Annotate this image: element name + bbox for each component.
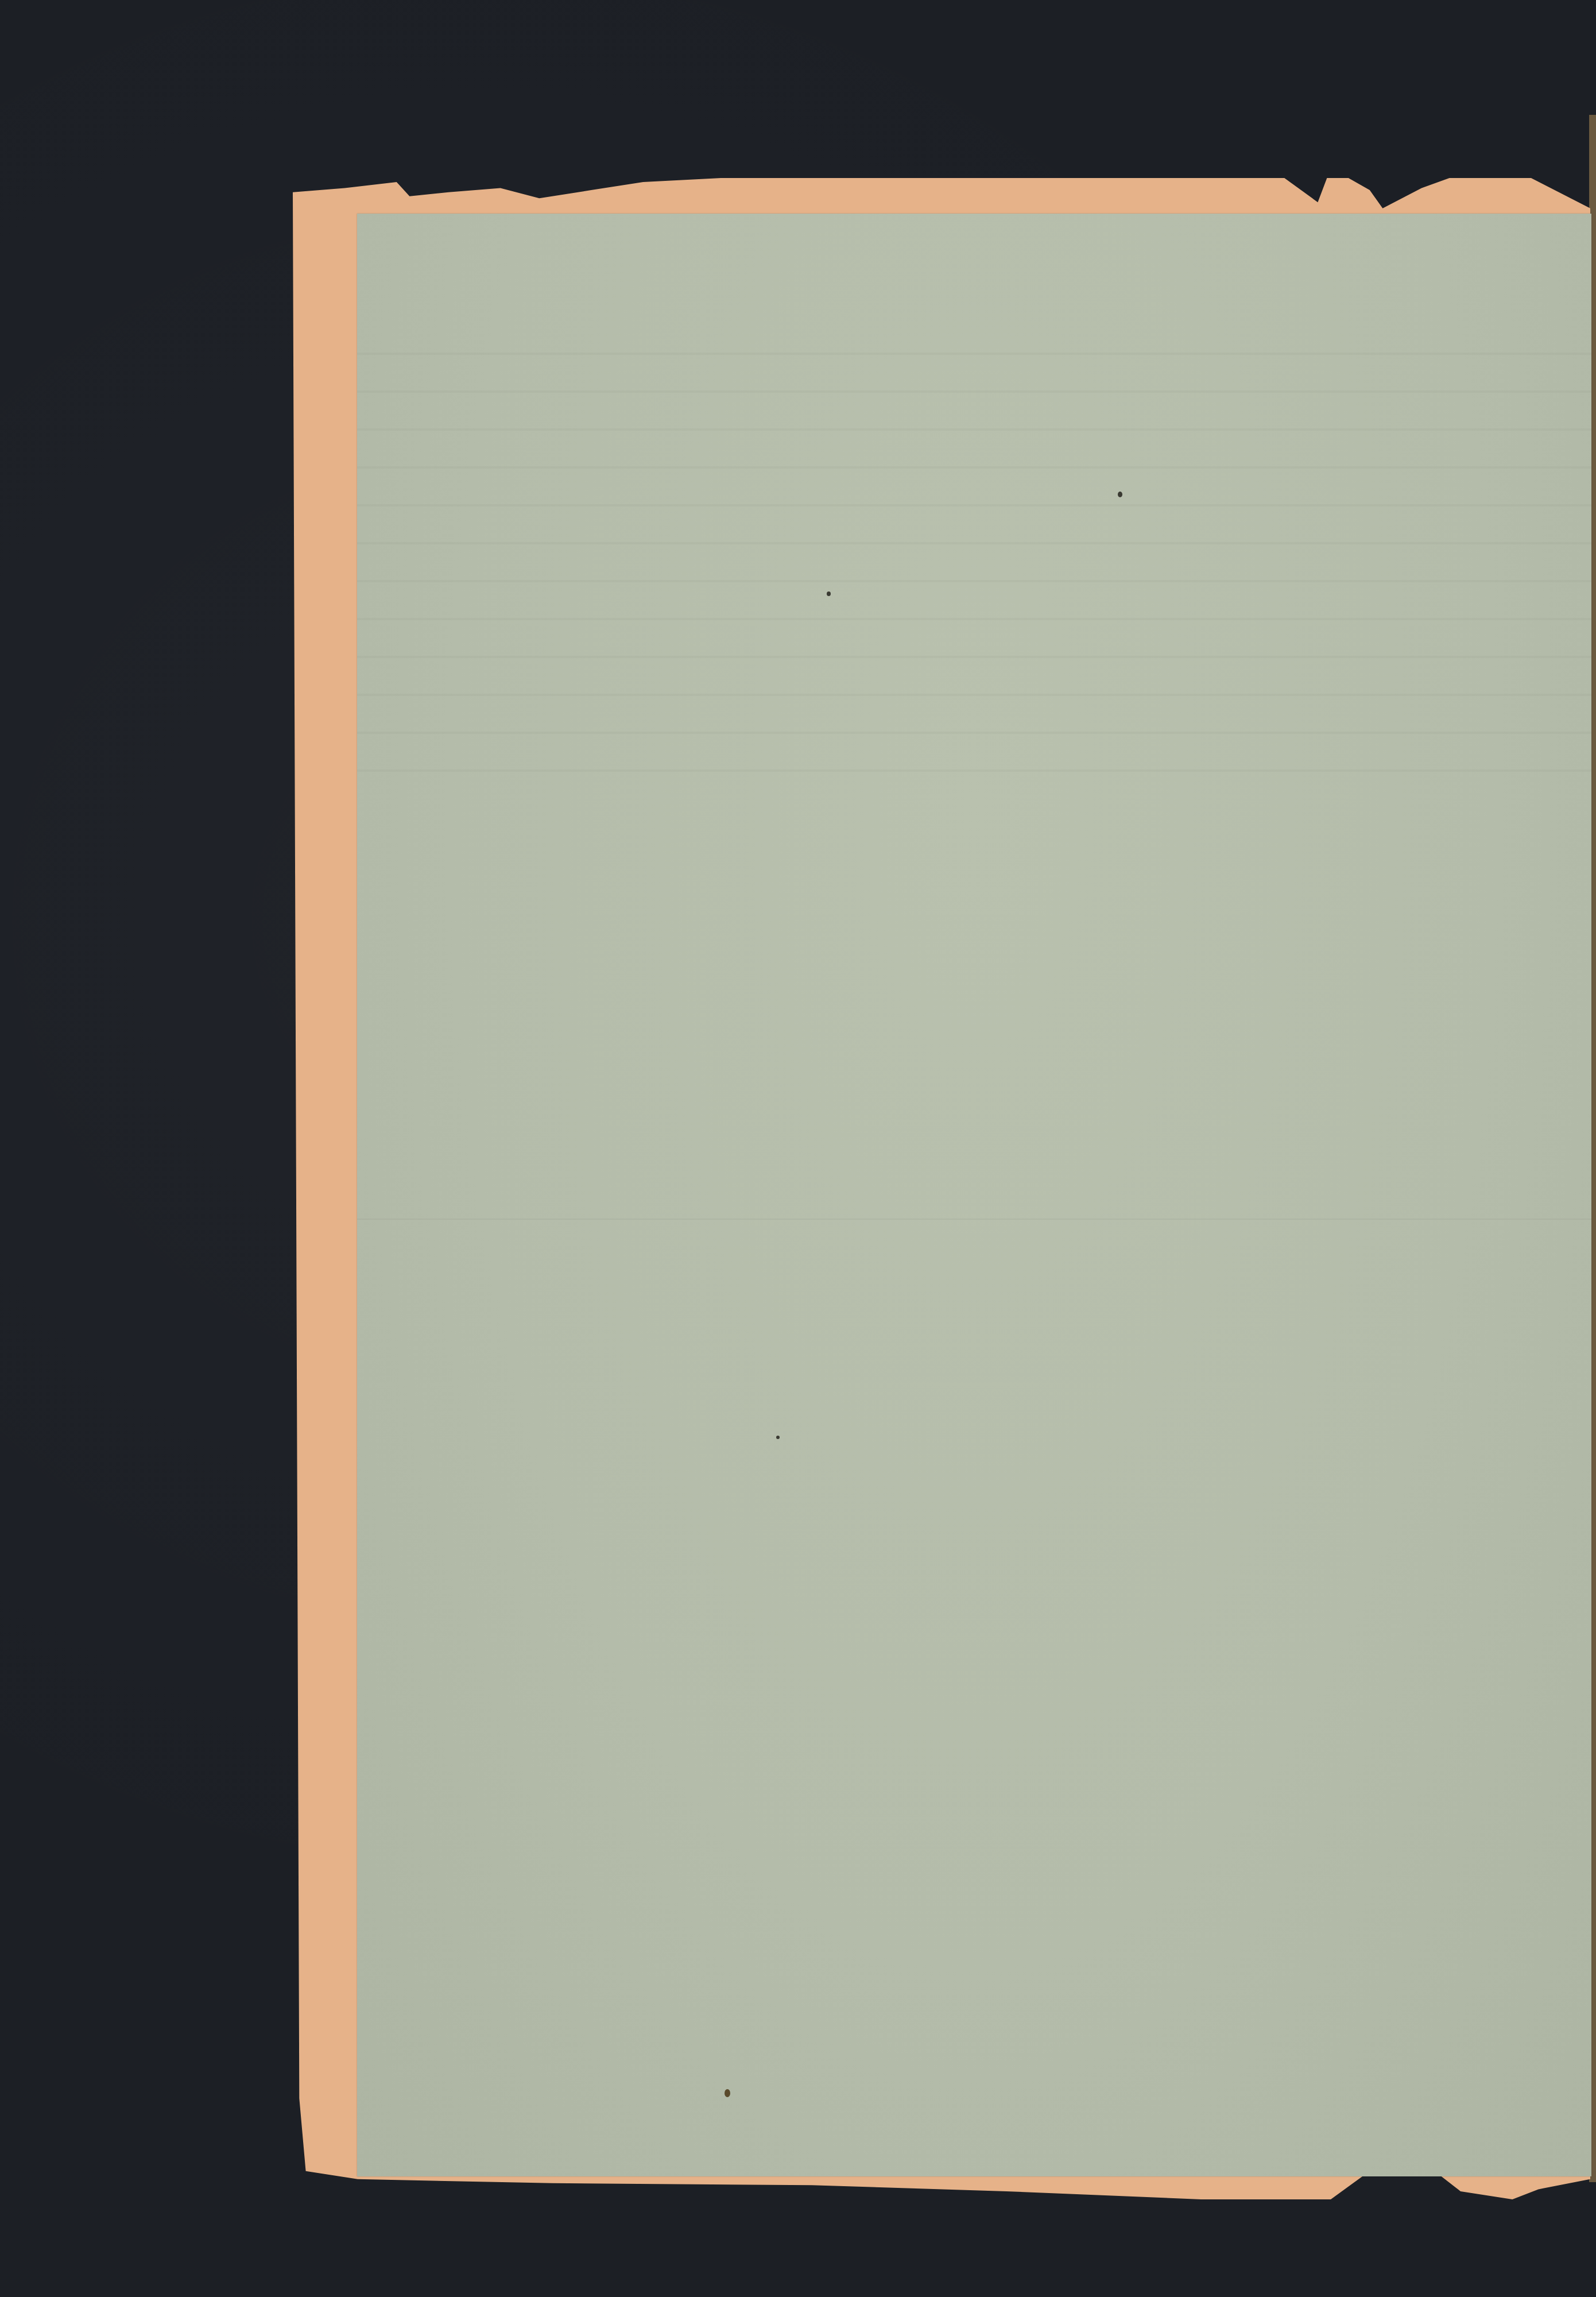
ink-speck xyxy=(827,591,831,596)
faint-show-through xyxy=(357,317,1591,788)
ink-speck xyxy=(1118,492,1122,497)
fold-line xyxy=(357,1219,1591,1220)
blank-page xyxy=(357,214,1591,2176)
ink-speck xyxy=(776,1436,780,1439)
ink-speck xyxy=(725,2089,730,2097)
